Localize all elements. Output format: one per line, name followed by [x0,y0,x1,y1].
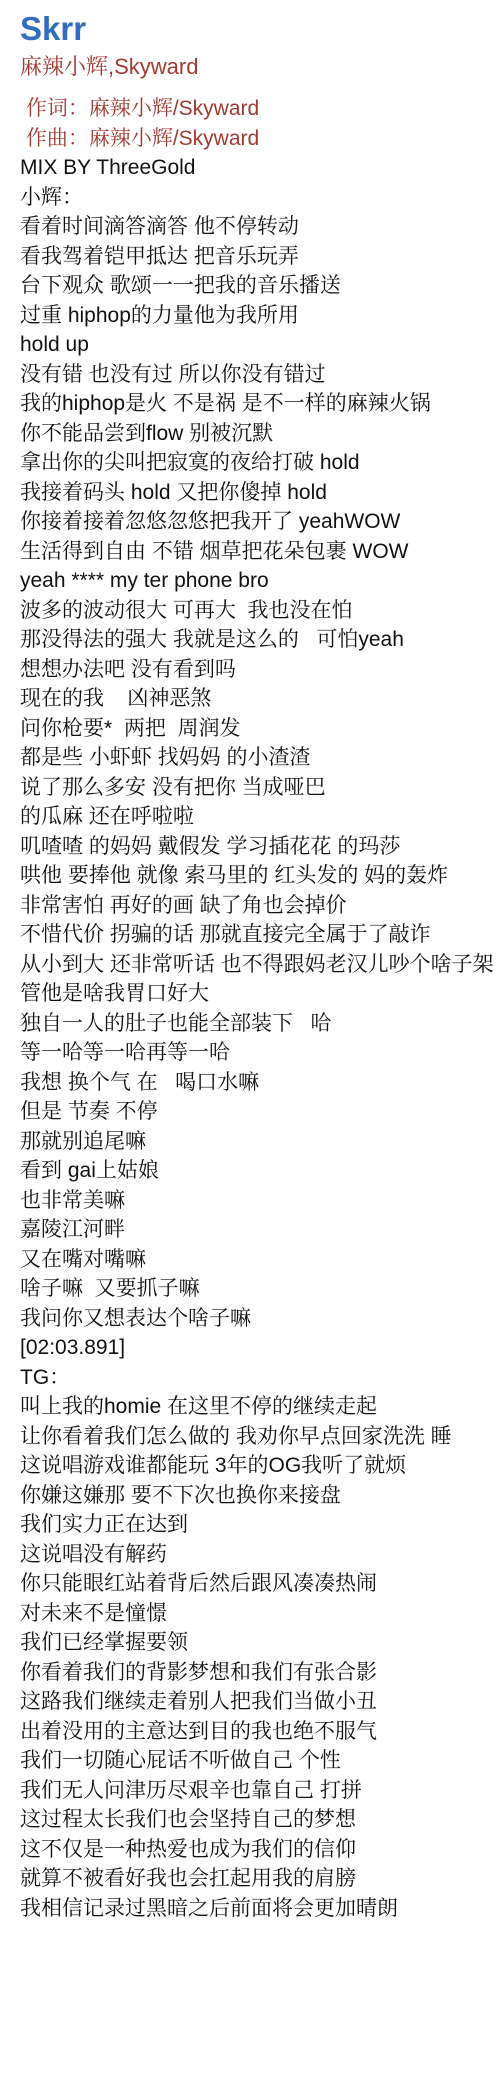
lyric-line: 啥子嘛 又要抓子嘛 [20,1274,500,1304]
lyrics-content: Skrr 麻辣小辉,Skyward 作词：麻辣小辉/Skyward 作曲：麻辣小… [0,0,500,1923]
lyric-line: 我们无人问津历尽艰辛也靠自己 打拼 [20,1776,500,1806]
lyric-line: 这过程太长我们也会坚持自己的梦想 [20,1805,500,1835]
lyric-line: 我们实力正在达到 [20,1510,500,1540]
lyric-line: 叫上我的homie 在这里不停的继续走起 [20,1392,500,1422]
lyric-line: 说了那么多安 没有把你 当成哑巴 [20,773,500,803]
lyric-line: 独自一人的肚子也能全部装下 哈 [20,1009,500,1039]
lyric-line: 叽喳喳 的妈妈 戴假发 学习插花花 的玛莎 [20,832,500,862]
lyric-line: 看到 gai上姑娘 [20,1156,500,1186]
lyric-line: 但是 节奏 不停 [20,1097,500,1127]
lyric-line: 哄他 要捧他 就像 索马里的 红头发的 妈的轰炸 [20,861,500,891]
lyric-line: 我的hiphop是火 不是祸 是不一样的麻辣火锅 [20,389,500,419]
lyric-line: 那就别追尾嘛 [20,1127,500,1157]
lyric-line: 这说唱没有解药 [20,1540,500,1570]
lyric-line: 你看着我们的背影梦想和我们有张合影 [20,1658,500,1688]
song-title[interactable]: Skrr [20,6,500,52]
lyric-line: yeah **** my ter phone bro [20,566,500,596]
lyric-line: 问你枪要* 两把 周润发 [20,714,500,744]
lyric-line: 台下观众 歌颂一一把我的音乐播送 [20,271,500,301]
lyric-line: 出着没用的主意达到目的我也绝不服气 [20,1717,500,1747]
lyric-line: 你不能品尝到flow 别被沉默 [20,419,500,449]
lyric-line: 想想办法吧 没有看到吗 [20,655,500,685]
lyric-line: 拿出你的尖叫把寂寞的夜给打破 hold [20,448,500,478]
lyric-line: 你接着接着忽悠忽悠把我开了 yeahWOW [20,507,500,537]
lyric-line: 我相信记录过黑暗之后前面将会更加晴朗 [20,1894,500,1924]
lyric-line: 看我驾着铠甲抵达 把音乐玩弄 [20,242,500,272]
lyric-line: 都是些 小虾虾 找妈妈 的小渣渣 [20,743,500,773]
lyric-line: 对未来不是憧憬 [20,1599,500,1629]
lyric-line: 的瓜麻 还在呼啦啦 [20,802,500,832]
lyric-line: MIX BY ThreeGold [20,153,500,183]
lyric-line: 作词：麻辣小辉/Skyward [20,94,500,124]
lyric-line: 我接着码头 hold 又把你傻掉 hold [20,478,500,508]
lyrics-list: 作词：麻辣小辉/Skyward 作曲：麻辣小辉/SkywardMIX BY Th… [20,94,500,1923]
lyric-line: 这说唱游戏谁都能玩 3年的OG我听了就烦 [20,1451,500,1481]
lyric-line: 没有错 也没有过 所以你没有错过 [20,360,500,390]
lyric-line: 作曲：麻辣小辉/Skyward [20,124,500,154]
artist-names[interactable]: 麻辣小辉,Skyward [20,52,500,82]
lyric-line: 我问你又想表达个啥子嘛 [20,1304,500,1334]
lyric-line: 让你看着我们怎么做的 我劝你早点回家洗洗 睡 [20,1422,500,1452]
lyric-line: 我想 换个气 在 喝口水嘛 [20,1068,500,1098]
lyric-line: hold up [20,330,500,360]
lyric-line: 你只能眼红站着背后然后跟风凑凑热闹 [20,1569,500,1599]
lyric-line: 非常害怕 再好的画 缺了角也会掉价 [20,891,500,921]
lyric-line: 从小到大 还非常听话 也不得跟妈老汉儿吵个啥子架 [20,950,500,980]
lyric-line: [02:03.891] [20,1333,500,1363]
lyric-line: 这不仅是一种热爱也成为我们的信仰 [20,1835,500,1865]
lyric-line: 波多的波动很大 可再大 我也没在怕 [20,596,500,626]
lyric-line: TG： [20,1363,500,1393]
lyric-line: 我们已经掌握要领 [20,1628,500,1658]
lyric-line: 等一哈等一哈再等一哈 [20,1038,500,1068]
lyric-line: 又在嘴对嘴嘛 [20,1245,500,1275]
lyrics-page: { "page": { "background": "#ffffff", "te… [0,0,500,2080]
lyric-line: 不惜代价 拐骗的话 那就直接完全属于了敲诈 [20,920,500,950]
lyric-line: 过重 hiphop的力量他为我所用 [20,301,500,331]
lyric-line: 看着时间滴答滴答 他不停转动 [20,212,500,242]
lyric-line: 你嫌这嫌那 要不下次也换你来接盘 [20,1481,500,1511]
lyric-line: 就算不被看好我也会扛起用我的肩膀 [20,1864,500,1894]
lyric-line: 现在的我 凶神恶煞 [20,684,500,714]
lyric-line: 嘉陵江河畔 [20,1215,500,1245]
lyric-line: 这路我们继续走着别人把我们当做小丑 [20,1687,500,1717]
lyric-line: 也非常美嘛 [20,1186,500,1216]
lyric-line: 小辉： [20,183,500,213]
lyric-line: 我们一切随心屁话不听做自己 个性 [20,1746,500,1776]
lyric-line: 那没得法的强大 我就是这么的 可怕yeah [20,625,500,655]
lyric-line: 生活得到自由 不错 烟草把花朵包裹 WOW [20,537,500,567]
lyric-line: 管他是啥我胃口好大 [20,979,500,1009]
